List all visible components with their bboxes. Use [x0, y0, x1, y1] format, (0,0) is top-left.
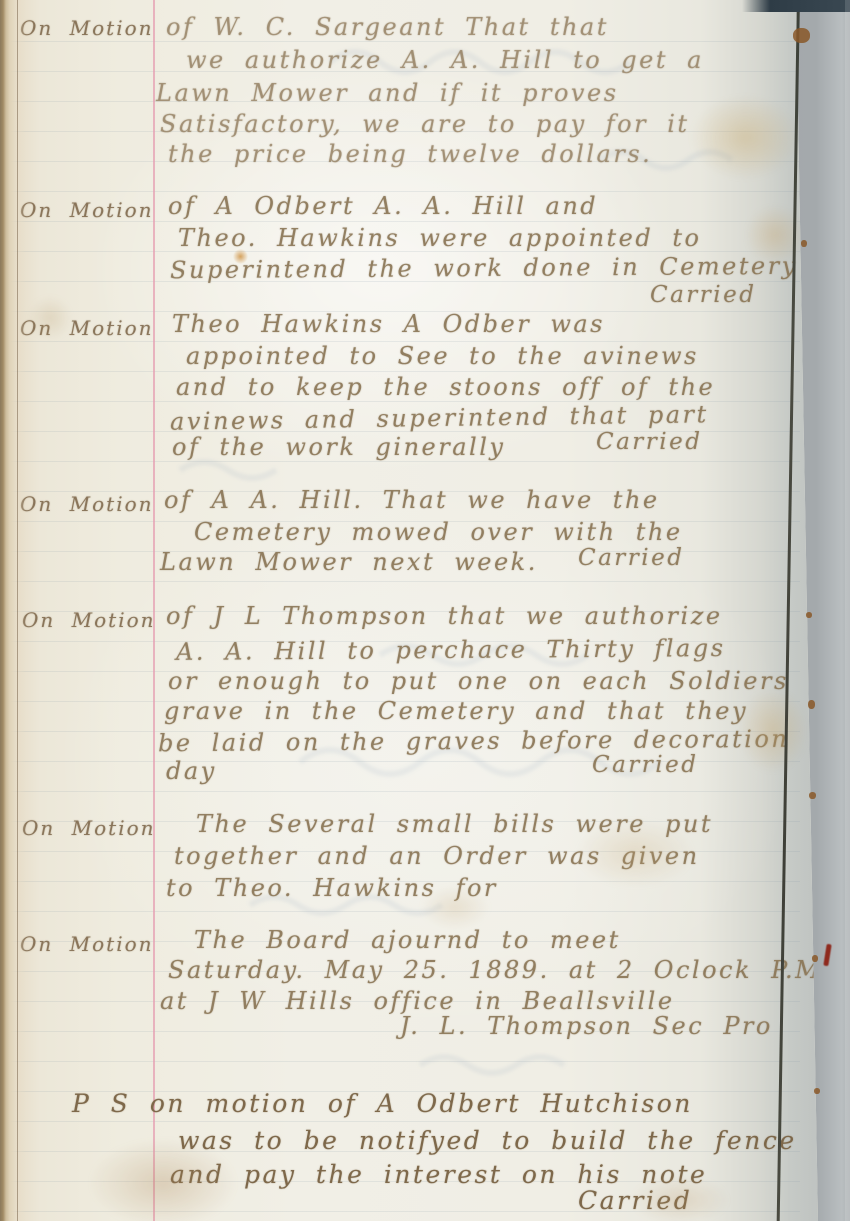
scanner-edge-highlight: [845, 0, 850, 1221]
handwriting-line: of J L Thompson that we authorize: [166, 602, 723, 630]
margin-label: On Motion: [22, 816, 156, 840]
handwriting-line: appointed to See to the avinews: [186, 342, 699, 370]
margin-label: On Motion: [20, 932, 154, 956]
margin-label: On Motion: [20, 316, 154, 340]
margin-label: On Motion: [20, 16, 154, 40]
binding-crease: [17, 0, 18, 1221]
handwriting-line: Theo Hawkins A Odber was: [172, 310, 605, 338]
handwriting-line: of W. C. Sargeant That that: [166, 13, 609, 41]
carried-annotation: Carried: [592, 752, 699, 778]
handwriting-line: Cemetery mowed over with the: [194, 518, 683, 546]
binding-edge: [0, 0, 26, 1221]
red-tally-mark: [823, 944, 831, 967]
postscript-line: and pay the interest on his note: [170, 1160, 707, 1189]
signature-line: J. L. Thompson Sec Pro: [400, 1012, 773, 1040]
handwriting-line: at J W Hills office in Beallsville: [160, 987, 675, 1015]
handwriting-line: The Board ajournd to meet: [194, 926, 621, 954]
postscript-line: was to be notifyed to build the fence: [178, 1126, 797, 1155]
handwriting-line: grave in the Cemetery and that they: [164, 697, 748, 725]
margin-label: On Motion: [22, 608, 156, 632]
carried-annotation: Carried: [596, 429, 703, 455]
handwriting-line: together and an Order was given: [174, 842, 700, 870]
margin-label: On Motion: [20, 198, 154, 222]
book-page: On Motion of W. C. Sargeant That that we…: [0, 0, 850, 1221]
handwriting-line: of the work ginerally: [172, 433, 505, 461]
margin-label: On Motion: [20, 492, 154, 516]
handwriting-line: of A Odbert A. A. Hill and: [168, 192, 598, 220]
handwriting-line: The Several small bills were put: [196, 810, 713, 838]
handwriting-line: A. A. Hill to perchace Thirty flags: [176, 634, 726, 666]
handwriting-line: Saturday. May 25. 1889. at 2 Oclock P.M.: [168, 956, 832, 984]
handwriting-line: and to keep the stoons off of the: [176, 373, 715, 401]
handwriting-line: Theo. Hawkins were appointed to: [178, 224, 701, 252]
handwriting-line: we authorize A. A. Hill to get a: [186, 46, 704, 74]
carried-annotation: Carried: [650, 282, 757, 308]
handwriting-line: the price being twelve dollars.: [168, 140, 652, 168]
handwriting-line: to Theo. Hawkins for: [166, 874, 498, 902]
stain: [690, 95, 800, 180]
handwriting-line: day: [166, 757, 217, 785]
handwriting-line: Lawn Mower and if it proves: [156, 79, 619, 107]
carried-annotation: Carried: [578, 545, 685, 571]
handwriting-line: of A A. Hill. That we have the: [164, 486, 660, 514]
handwriting-line: Satisfactory, we are to pay for it: [160, 110, 690, 138]
rust-spot: [801, 240, 807, 247]
handwriting-line: Superintend the work done in Cemetery: [170, 252, 798, 284]
handwriting-line: Lawn Mower next week.: [160, 548, 538, 576]
rust-spot: [808, 700, 815, 709]
handwriting-line: or enough to put one on each Soldiers: [168, 667, 789, 695]
carried-annotation: Carried: [578, 1186, 692, 1215]
postscript-line: P S on motion of A Odbert Hutchison: [72, 1089, 693, 1118]
scanned-minutes-page: On Motion of W. C. Sargeant That that we…: [0, 0, 850, 1221]
shadow-band-top-right: [742, 0, 850, 12]
